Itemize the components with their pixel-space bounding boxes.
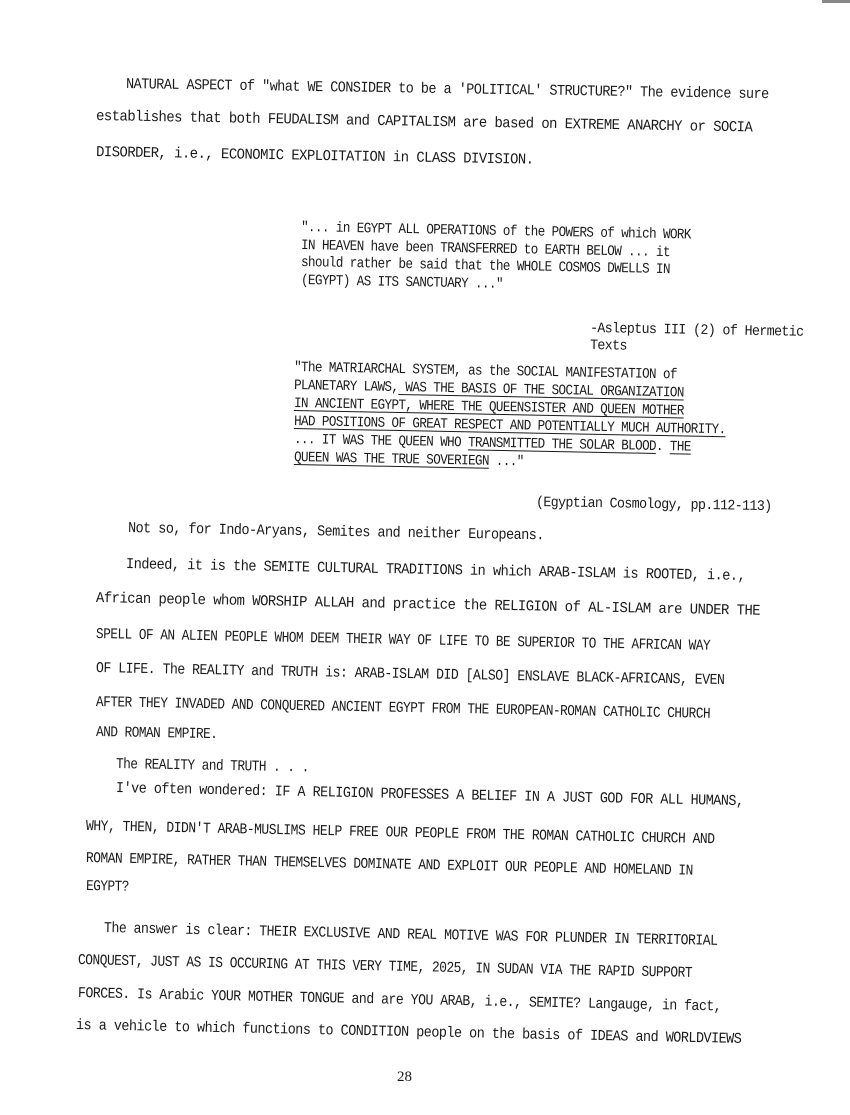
body-line: WHY, THEN, DIDN'T ARAB-MUSLIMS HELP FREE… [86,818,715,848]
quote-text: ... IT WAS THE QUEEN WHO [294,432,468,451]
quote-attribution: Texts [590,338,627,355]
body-line: FORCES. Is Arabic YOUR MOTHER TONGUE and… [78,985,721,1015]
body-line: Not so, for Indo-Aryans, Semites and nei… [128,520,544,544]
body-line: CONQUEST, JUST AS IS OCCURING AT THIS VE… [78,952,692,982]
body-line: SPELL OF AN ALIEN PEOPLE WHOM DEEM THEIR… [96,626,710,655]
body-line: African people whom WORSHIP ALLAH and pr… [96,590,760,620]
quote-text: PLANETARY LAWS, [294,378,399,396]
body-line: The answer is clear: THEIR EXCLUSIVE AND… [104,920,718,950]
body-line: Indeed, it is the SEMITE CULTURAL TRADIT… [126,556,745,585]
body-line: is a vehicle to which functions to CONDI… [76,1017,742,1048]
body-line: OF LIFE. The REALITY and TRUTH is: ARAB-… [96,660,725,689]
underlined-text: THE [670,439,691,455]
quote-text: . [656,439,670,455]
underlined-text: QUEEN WAS THE TRUE SOVERIEGN [294,450,489,470]
quote-text: ..." [489,454,524,471]
body-line: I've often wondered: IF A RELIGION PROFE… [116,780,744,810]
body-line: EGYPT? [86,878,129,896]
body-line: establishes that both FEUDALISM and CAPI… [96,108,753,136]
body-line: ROMAN EMPIRE, RATHER THAN THEMSELVES DOM… [86,850,693,880]
body-line: AND ROMAN EMPIRE. [96,724,218,743]
underlined-text: TRANSMITTED THE SOLAR BLOOD [468,435,656,455]
body-line: DISORDER, i.e., ECONOMIC EXPLOITATION in… [96,144,534,169]
body-line: AFTER THEY INVADED AND CONQUERED ANCIENT… [96,694,710,723]
page-number: 28 [397,1069,412,1086]
body-line: The REALITY and TRUTH . . . [116,756,309,776]
body-line: NATURAL ASPECT of "what WE CONSIDER to b… [126,76,769,103]
page-edge-mark [822,0,850,3]
quote-line: (EGYPT) AS ITS SANCTUARY ..." [301,273,503,293]
quote-citation: (Egyptian Cosmology, pp.112-113) [536,495,772,515]
quote-line: QUEEN WAS THE TRUE SOVERIEGN ..." [294,450,524,470]
